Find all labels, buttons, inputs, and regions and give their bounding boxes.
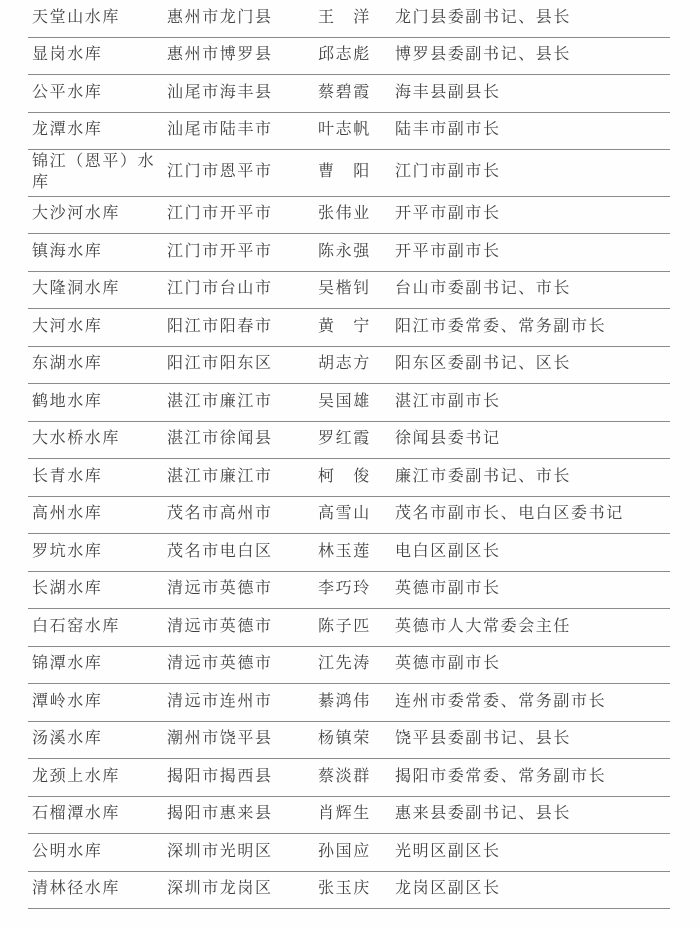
position-title-cell: 电白区副区长 [395,542,670,563]
reservoir-name-cell: 潭岭水库 [28,692,167,713]
location-cell: 江门市恩平市 [167,162,318,183]
location-cell: 揭阳市揭西县 [167,767,318,788]
location-cell: 茂名市高州市 [167,504,318,525]
person-name-cell: 孙国应 [318,842,395,863]
reservoir-name-cell: 汤溪水库 [28,729,167,750]
reservoir-name-cell: 清林径水库 [28,879,167,900]
table-row: 汤溪水库潮州市饶平县杨镇荣饶平县委副书记、县长 [28,722,670,760]
location-cell: 清远市英德市 [167,654,318,675]
location-cell: 江门市开平市 [167,204,318,225]
person-name-cell: 李巧玲 [318,579,395,600]
location-cell: 清远市连州市 [167,692,318,713]
position-title-cell: 廉江市委副书记、市长 [395,467,670,488]
person-name-cell: 吴国雄 [318,392,395,413]
reservoir-name-cell: 长青水库 [28,467,167,488]
location-cell: 惠州市龙门县 [167,8,318,29]
location-cell: 深圳市龙岗区 [167,879,318,900]
reservoir-name-cell: 显岗水库 [28,45,167,66]
reservoir-name-cell: 龙颈上水库 [28,767,167,788]
position-title-cell: 惠来县委副书记、县长 [395,804,670,825]
location-cell: 深圳市光明区 [167,842,318,863]
person-name-cell: 陈永强 [318,242,395,263]
table-row: 公平水库汕尾市海丰县蔡碧霞海丰县副县长 [28,75,670,113]
reservoir-name-cell: 白石窑水库 [28,617,167,638]
table-row: 长青水库湛江市廉江市柯 俊廉江市委副书记、市长 [28,459,670,497]
location-cell: 湛江市廉江市 [167,392,318,413]
location-cell: 汕尾市陆丰市 [167,120,318,141]
reservoir-name-cell: 大河水库 [28,317,167,338]
reservoir-name-cell: 鹤地水库 [28,392,167,413]
person-name-cell: 蔡淡群 [318,767,395,788]
location-cell: 湛江市徐闻县 [167,429,318,450]
position-title-cell: 英德市副市长 [395,654,670,675]
position-title-cell: 光明区副区长 [395,842,670,863]
table-row: 龙颈上水库揭阳市揭西县蔡淡群揭阳市委常委、常务副市长 [28,759,670,797]
table-row: 高州水库茂名市高州市高雪山茂名市副市长、电白区委书记 [28,497,670,535]
position-title-cell: 英德市人大常委会主任 [395,617,670,638]
person-name-cell: 曹 阳 [318,162,395,183]
table-row: 清林径水库深圳市龙岗区张玉庆龙岗区副区长 [28,872,670,910]
person-name-cell: 黄 宁 [318,317,395,338]
table-row: 长湖水库清远市英德市李巧玲英德市副市长 [28,572,670,610]
table-row: 锦江（恩平）水库江门市恩平市曹 阳江门市副市长 [28,150,670,197]
person-name-cell: 罗红霞 [318,429,395,450]
person-name-cell: 吴楷钊 [318,279,395,300]
table-row: 大河水库阳江市阳春市黄 宁阳江市委常委、常务副市长 [28,309,670,347]
reservoir-name-cell: 镇海水库 [28,242,167,263]
table-row: 大沙河水库江门市开平市张伟业开平市副市长 [28,197,670,235]
person-name-cell: 林玉莲 [318,542,395,563]
person-name-cell: 张玉庆 [318,879,395,900]
reservoir-name-cell: 锦潭水库 [28,654,167,675]
position-title-cell: 连州市委常委、常务副市长 [395,692,670,713]
person-name-cell: 王 洋 [318,8,395,29]
person-name-cell: 陈子匹 [318,617,395,638]
location-cell: 茂名市电白区 [167,542,318,563]
location-cell: 惠州市博罗县 [167,45,318,66]
position-title-cell: 龙门县委副书记、县长 [395,8,670,29]
location-cell: 揭阳市惠来县 [167,804,318,825]
person-name-cell: 肖辉生 [318,804,395,825]
position-title-cell: 湛江市副市长 [395,392,670,413]
location-cell: 潮州市饶平县 [167,729,318,750]
table-row: 大水桥水库湛江市徐闻县罗红霞徐闻县委书记 [28,422,670,460]
person-name-cell: 高雪山 [318,504,395,525]
reservoir-name-cell: 石榴潭水库 [28,804,167,825]
person-name-cell: 江先涛 [318,654,395,675]
table-row: 白石窑水库清远市英德市陈子匹英德市人大常委会主任 [28,609,670,647]
position-title-cell: 江门市副市长 [395,162,670,183]
position-title-cell: 龙岗区副区长 [395,879,670,900]
person-name-cell: 张伟业 [318,204,395,225]
position-title-cell: 阳东区委副书记、区长 [395,354,670,375]
reservoir-name-cell: 高州水库 [28,504,167,525]
table-row: 公明水库深圳市光明区孙国应光明区副区长 [28,834,670,872]
reservoir-name-cell: 东湖水库 [28,354,167,375]
person-name-cell: 柯 俊 [318,467,395,488]
location-cell: 阳江市阳东区 [167,354,318,375]
reservoir-name-cell: 罗坑水库 [28,542,167,563]
location-cell: 阳江市阳春市 [167,317,318,338]
position-title-cell: 茂名市副市长、电白区委书记 [395,504,670,525]
table-row: 东湖水库阳江市阳东区胡志方阳东区委副书记、区长 [28,347,670,385]
person-name-cell: 邱志彪 [318,45,395,66]
table-row: 石榴潭水库揭阳市惠来县肖辉生惠来县委副书记、县长 [28,797,670,835]
location-cell: 汕尾市海丰县 [167,83,318,104]
location-cell: 江门市台山市 [167,279,318,300]
position-title-cell: 博罗县委副书记、县长 [395,45,670,66]
position-title-cell: 英德市副市长 [395,579,670,600]
table-row: 潭岭水库清远市连州市綦鸿伟连州市委常委、常务副市长 [28,684,670,722]
table-row: 龙潭水库汕尾市陆丰市叶志帆陆丰市副市长 [28,113,670,151]
reservoir-name-cell: 大水桥水库 [28,429,167,450]
location-cell: 清远市英德市 [167,579,318,600]
reservoir-table: 天堂山水库惠州市龙门县王 洋龙门县委副书记、县长显岗水库惠州市博罗县邱志彪博罗县… [28,0,670,909]
table-row: 鹤地水库湛江市廉江市吴国雄湛江市副市长 [28,384,670,422]
person-name-cell: 杨镇荣 [318,729,395,750]
table-row: 罗坑水库茂名市电白区林玉莲电白区副区长 [28,534,670,572]
table-row: 显岗水库惠州市博罗县邱志彪博罗县委副书记、县长 [28,38,670,76]
person-name-cell: 叶志帆 [318,120,395,141]
position-title-cell: 阳江市委常委、常务副市长 [395,317,670,338]
reservoir-name-cell: 锦江（恩平）水库 [28,152,167,194]
location-cell: 湛江市廉江市 [167,467,318,488]
table-row: 锦潭水库清远市英德市江先涛英德市副市长 [28,647,670,685]
position-title-cell: 徐闻县委书记 [395,429,670,450]
position-title-cell: 开平市副市长 [395,242,670,263]
person-name-cell: 蔡碧霞 [318,83,395,104]
reservoir-name-cell: 天堂山水库 [28,8,167,29]
reservoir-name-cell: 大沙河水库 [28,204,167,225]
reservoir-name-cell: 大隆洞水库 [28,279,167,300]
reservoir-name-cell: 公明水库 [28,842,167,863]
reservoir-name-cell: 龙潭水库 [28,120,167,141]
person-name-cell: 綦鸿伟 [318,692,395,713]
table-row: 镇海水库江门市开平市陈永强开平市副市长 [28,234,670,272]
person-name-cell: 胡志方 [318,354,395,375]
reservoir-name-cell: 公平水库 [28,83,167,104]
location-cell: 江门市开平市 [167,242,318,263]
table-row: 大隆洞水库江门市台山市吴楷钊台山市委副书记、市长 [28,272,670,310]
reservoir-name-cell: 长湖水库 [28,579,167,600]
position-title-cell: 台山市委副书记、市长 [395,279,670,300]
location-cell: 清远市英德市 [167,617,318,638]
position-title-cell: 开平市副市长 [395,204,670,225]
position-title-cell: 揭阳市委常委、常务副市长 [395,767,670,788]
document-page: 天堂山水库惠州市龙门县王 洋龙门县委副书记、县长显岗水库惠州市博罗县邱志彪博罗县… [0,0,700,928]
table-row: 天堂山水库惠州市龙门县王 洋龙门县委副书记、县长 [28,0,670,38]
position-title-cell: 陆丰市副市长 [395,120,670,141]
position-title-cell: 饶平县委副书记、县长 [395,729,670,750]
position-title-cell: 海丰县副县长 [395,83,670,104]
